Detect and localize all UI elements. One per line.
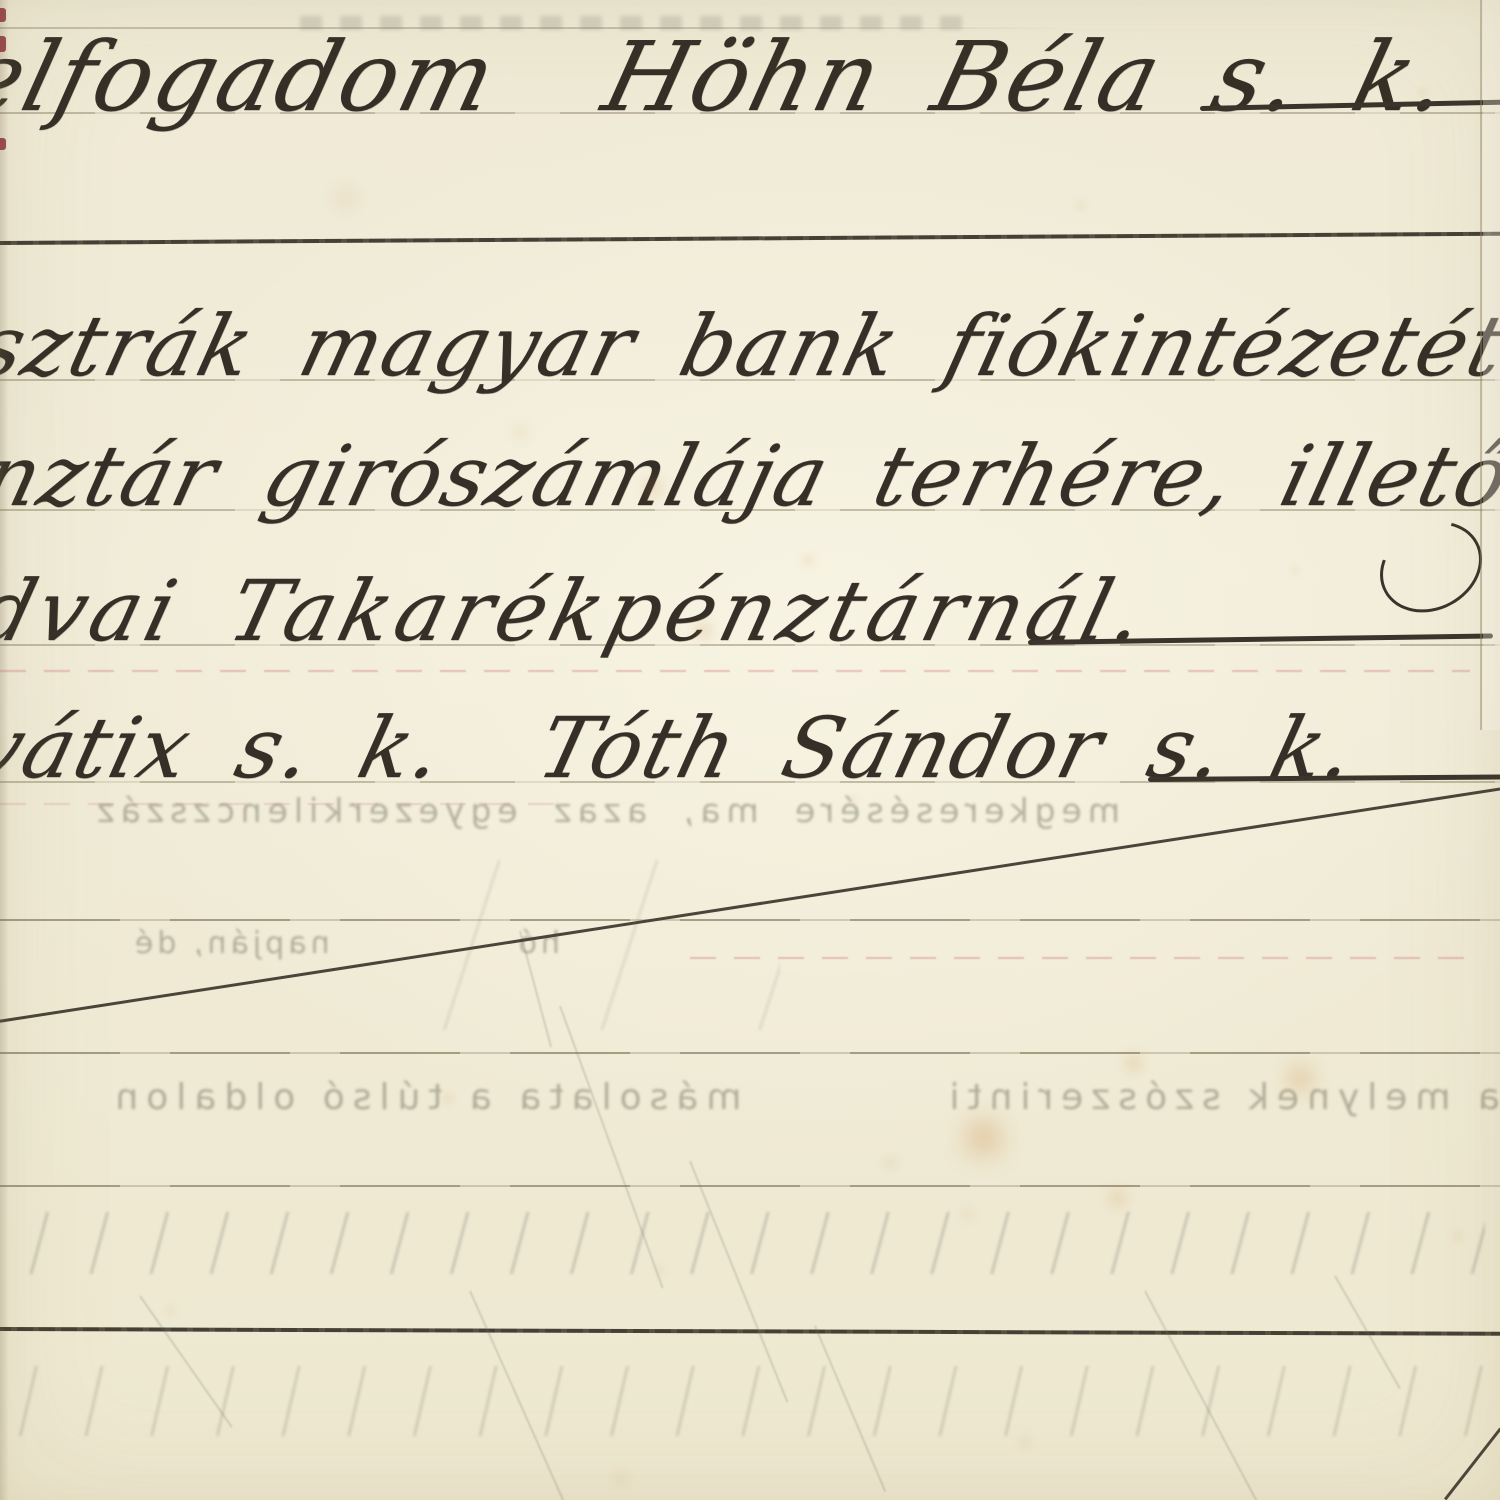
bleed-scribble-band	[0, 1366, 1500, 1436]
ruled-line	[0, 1052, 1500, 1054]
edge-mark	[0, 138, 6, 150]
left-edge-shading	[0, 0, 9, 1500]
red-ruled-line-bleed	[0, 670, 1470, 672]
edge-mark	[0, 36, 6, 52]
handwriting-line-1: elfogadom Höhn Béla s. k.	[0, 29, 1460, 125]
bleed-text: napján, dé	[131, 926, 330, 961]
bleed-text: a melynek szószerinti	[942, 1077, 1500, 1118]
scanned-document-page: megkeresésére ma, azaz egyezerkilenczszá…	[0, 0, 1500, 1500]
handwriting-line-4: dvai Takarékpénztárnál.	[0, 569, 1158, 653]
bleedthrough-line-c: a melynek szószerintimásolata a túlsó ol…	[0, 1077, 1500, 1118]
ruled-line	[0, 1185, 1500, 1187]
bleed-scribble-band	[420, 860, 780, 1030]
handwriting-line-3: nztár girószámlája terhére, illetőleg	[0, 434, 1500, 518]
bleed-scribble-band	[15, 1212, 1485, 1274]
fold-highlight	[1483, 0, 1500, 730]
heavy-rule-top	[0, 232, 1500, 245]
fold-line	[1480, 0, 1482, 730]
corner-diagonal-stroke	[1444, 1428, 1500, 1500]
edge-mark	[0, 8, 6, 22]
heavy-rule-bottom	[0, 1327, 1500, 1336]
bleed-text: másolata a túlsó oldalon	[107, 1077, 741, 1118]
red-ruled-line-bleed	[690, 957, 1480, 959]
handwriting-line-2: sztrák magyar bank fiókintézetétől	[0, 304, 1500, 388]
